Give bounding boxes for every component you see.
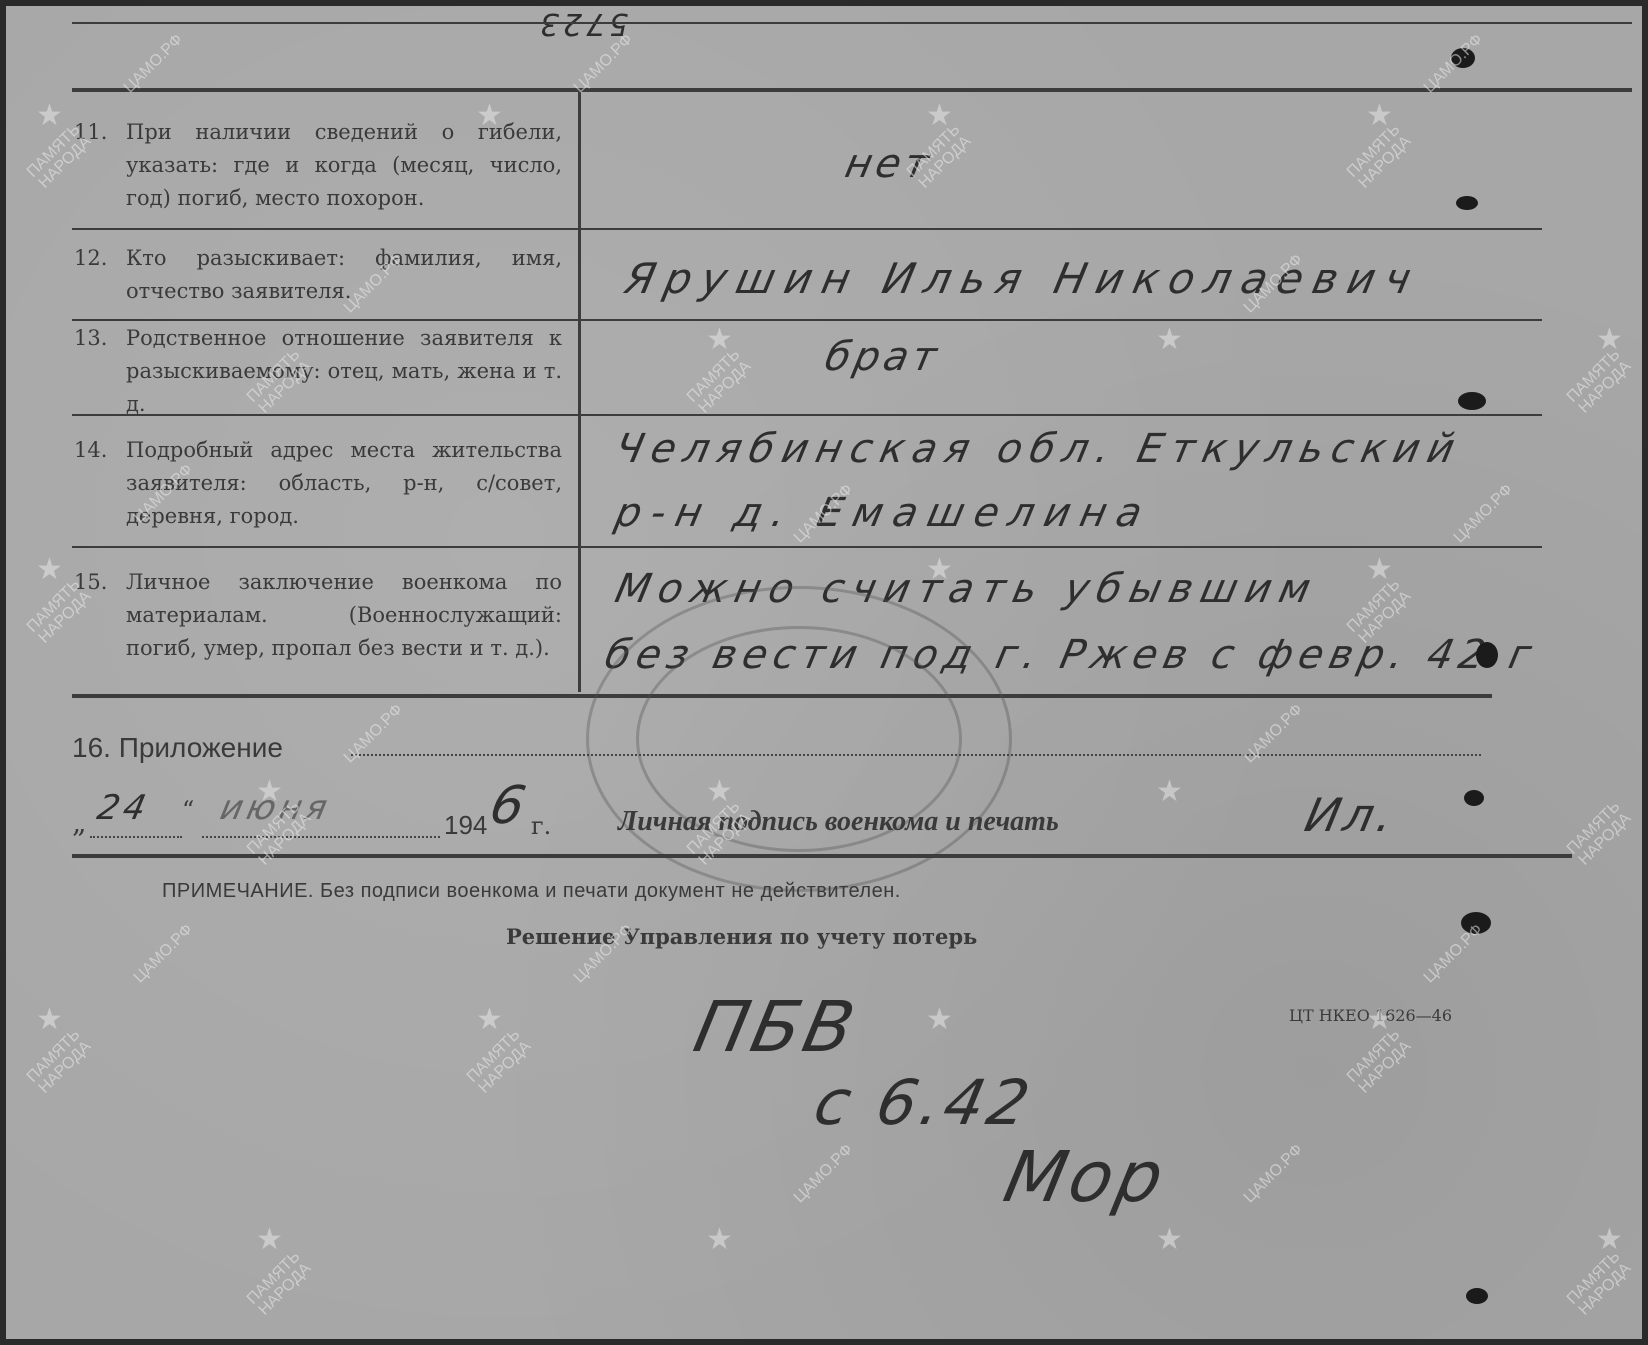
watermark-pamyat-naroda: ПАМЯТЬНАРОДА [685,347,755,417]
column-divider [578,92,581,692]
validity-note: ПРИМЕЧАНИЕ. Без подписи военкома и печат… [162,880,901,903]
field-13-value: брат [821,334,945,380]
watermark-pamyat-naroda: ПАМЯТЬНАРОДА [1345,122,1415,192]
star-icon: ★ [926,552,953,587]
watermark-pamyat-naroda: ПАМЯТЬНАРОДА [465,1027,535,1097]
document-page: 5723 11. При наличии сведений о гибели, … [6,6,1642,1339]
field-14-value-line2: р-н д. Емашелина [611,490,1156,536]
watermark-camo: ЦАМО.РФ [1241,1142,1306,1207]
watermark-pamyat-naroda: ПАМЯТЬНАРОДА [1345,1027,1415,1097]
commissar-signature: Ил. [1300,788,1402,842]
punch-hole [1458,392,1486,410]
date-month-line [202,836,440,838]
date-open-quote: „ [72,806,87,839]
row-separator [72,546,1542,548]
star-icon: ★ [1156,322,1183,357]
signature-label: Личная подпись военкома и печать [618,806,1059,838]
watermark-camo: ЦАМО.РФ [1241,702,1306,767]
punch-hole [1466,1288,1488,1304]
date-year-suffix: 6 [485,776,535,836]
date-day-line [90,836,182,838]
field-12-label: 12. Кто разыскивает: фамилия, имя, отчес… [126,242,562,308]
decision-signature: Мор [997,1136,1174,1218]
decision-heading: Решение Управления по учету потерь [506,924,977,949]
star-icon: ★ [36,1002,63,1037]
star-icon: ★ [1156,774,1183,809]
top-thin-rule [72,22,1632,24]
watermark-camo: ЦАМО.РФ [121,32,186,97]
star-icon: ★ [476,98,503,133]
field-13-label: 13. Родственное отношение заявителя к ра… [126,322,562,421]
watermark-pamyat-naroda: ПАМЯТЬНАРОДА [1565,1249,1635,1319]
star-icon: ★ [1156,1222,1183,1257]
row-separator [72,319,1542,321]
appendix-label: 16. Приложение [72,732,283,764]
decision-date: с 6.42 [808,1066,1039,1139]
date-day: 24 [94,788,154,828]
watermark-camo: ЦАМО.РФ [341,702,406,767]
punch-hole [1464,790,1484,806]
date-row-bottom-rule [72,854,1572,858]
watermark-pamyat-naroda: ПАМЯТЬНАРОДА [245,1249,315,1319]
watermark-camo: ЦАМО.РФ [1421,922,1486,987]
watermark-camo: ЦАМО.РФ [131,922,196,987]
watermark-camo: ЦАМО.РФ [1451,482,1516,547]
star-icon: ★ [256,1222,283,1257]
date-close-quote: “ [182,796,194,824]
star-icon: ★ [926,1002,953,1037]
watermark-camo: ЦАМО.РФ [1421,32,1486,97]
punch-hole [1476,642,1498,668]
field-15-label: 15. Личное заключение военкома по матери… [126,566,562,665]
field-14-value-line1: Челябинская обл. Еткульский [611,426,1467,472]
star-icon: ★ [476,1002,503,1037]
date-year-prefix: 194 [444,810,487,841]
watermark-camo: ЦАМО.РФ [571,32,636,97]
star-icon: ★ [36,552,63,587]
star-icon: ★ [706,1222,733,1257]
watermark-camo: ЦАМО.РФ [791,1142,856,1207]
appendix-line [351,754,1481,756]
row-separator [72,228,1542,230]
star-icon: ★ [36,98,63,133]
star-icon: ★ [256,774,283,809]
watermark-pamyat-naroda: ПАМЯТЬНАРОДА [1565,799,1635,869]
field-14-label: 14. Подробный адрес места жительства зая… [126,434,562,533]
punch-hole [1456,196,1478,210]
decision-code: ПБВ [687,986,865,1068]
watermark-pamyat-naroda: ПАМЯТЬНАРОДА [25,1027,95,1097]
top-thick-rule [72,88,1632,92]
date-year-unit: г. [531,812,551,840]
watermark-pamyat-naroda: ПАМЯТЬНАРОДА [1565,347,1635,417]
